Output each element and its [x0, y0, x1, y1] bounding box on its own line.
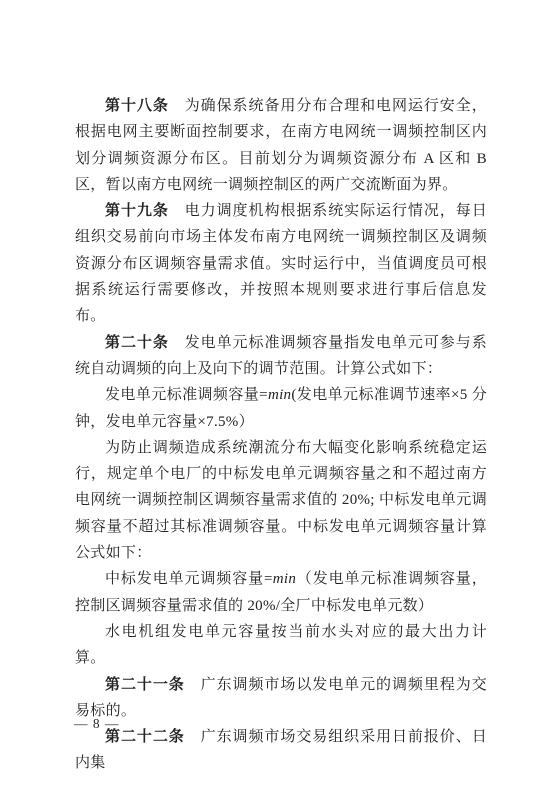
- para-capacity-limits: 为防止调频造成系统潮流分布大幅变化影响系统稳定运行，规定单个电厂的中标发电单元调…: [75, 435, 487, 566]
- para-hydro-capacity: 水电机组发电单元容量按当前水头对应的最大出力计算。: [75, 619, 487, 672]
- document-body: 第十八条 为确保系统备用分布合理和电网运行安全，根据电网主要断面控制要求，在南方…: [75, 93, 487, 777]
- article-18-run-bold: 第十八条: [105, 98, 169, 114]
- article-19-run-bold: 第十九条: [105, 203, 169, 219]
- article-19-run-normal: 电力调度机构根据系统实际运行情况，每日组织交易前向市场主体发布南方电网统一调频控…: [75, 203, 487, 324]
- formula-awarded-fm-capacity-run-italic: min: [273, 571, 296, 587]
- formula-awarded-fm-capacity: 中标发电单元调频容量=min（发电单元标准调频容量，控制区调频容量需求值的 20…: [75, 566, 487, 619]
- document-page: 第十八条 为确保系统备用分布合理和电网运行安全，根据电网主要断面控制要求，在南方…: [0, 0, 560, 791]
- article-18: 第十八条 为确保系统备用分布合理和电网运行安全，根据电网主要断面控制要求，在南方…: [75, 93, 487, 198]
- formula-awarded-fm-capacity-run-normal: 中标发电单元调频容量=: [105, 571, 273, 587]
- formula-standard-fm-capacity: 发电单元标准调频容量=min(发电单元标准调节速率×5 分钟，发电单元容量×7.…: [75, 382, 487, 435]
- article-22: 第二十二条 广东调频市场交易组织采用日前报价、日内集: [75, 724, 487, 777]
- article-19: 第十九条 电力调度机构根据系统实际运行情况，每日组织交易前向市场主体发布南方电网…: [75, 198, 487, 329]
- page-number: — 8 —: [74, 714, 120, 734]
- article-21: 第二十一条 广东调频市场以发电单元的调频里程为交易标的。: [75, 672, 487, 725]
- article-21-run-bold: 第二十一条: [105, 677, 185, 693]
- para-capacity-limits-run-normal: 为防止调频造成系统潮流分布大幅变化影响系统稳定运行，规定单个电厂的中标发电单元调…: [75, 440, 487, 561]
- article-20: 第二十条 发电单元标准调频容量指发电单元可参与系统自动调频的向上及向下的调节范围…: [75, 330, 487, 383]
- article-20-run-bold: 第二十条: [105, 335, 169, 351]
- para-hydro-capacity-run-normal: 水电机组发电单元容量按当前水头对应的最大出力计算。: [75, 624, 487, 666]
- formula-standard-fm-capacity-run-normal: 发电单元标准调频容量=: [105, 387, 268, 403]
- formula-standard-fm-capacity-run-italic: min: [268, 387, 291, 403]
